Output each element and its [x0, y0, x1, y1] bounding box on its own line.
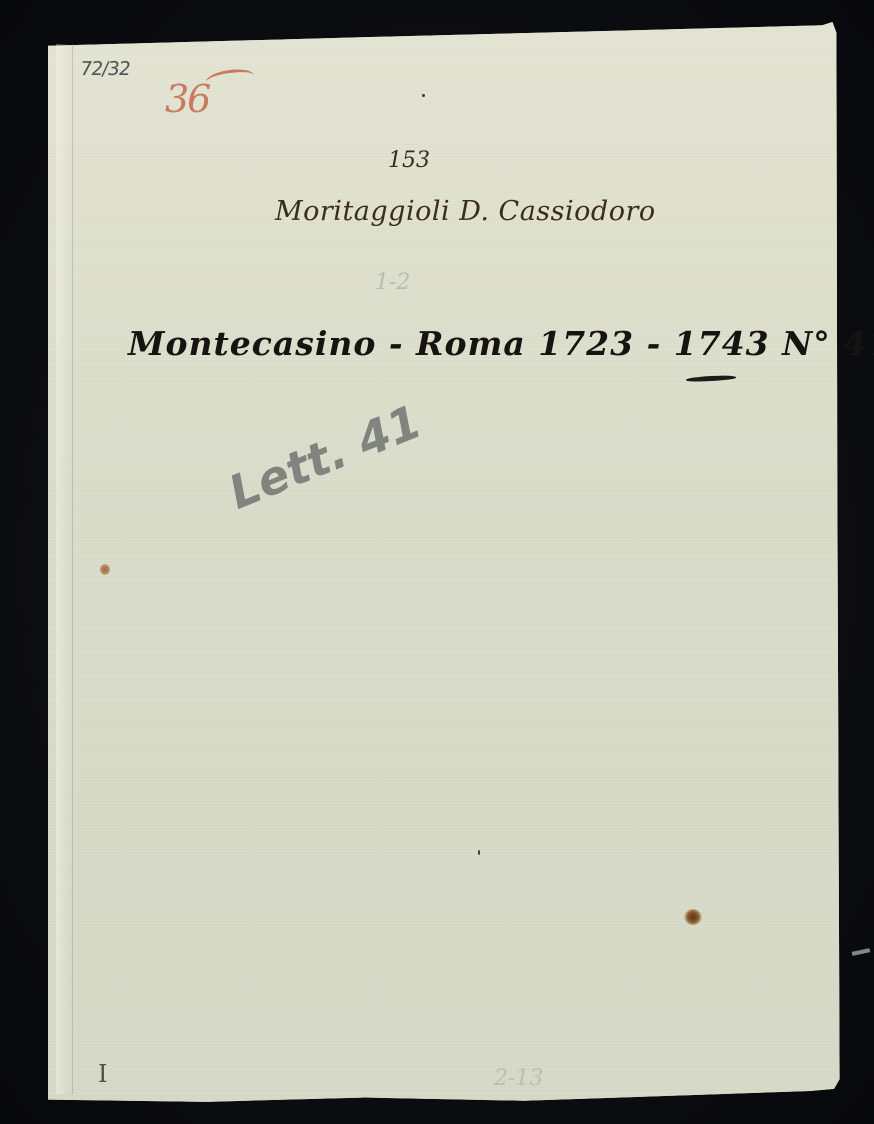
red-folio-number: 36	[165, 80, 209, 118]
folder-title: Montecasino - Roma 1723 - 1743 N° 41.	[128, 327, 874, 360]
faint-erased-mark: 1-2	[375, 272, 410, 294]
correspondent-name: Moritaggioli D. Cassiodoro	[275, 198, 656, 225]
shelfmark-annotation: 72/32	[79, 60, 131, 79]
sheet-fold-line	[72, 44, 73, 1094]
rust-stain	[684, 909, 702, 925]
document-sheet	[48, 22, 842, 1104]
ink-speck	[478, 850, 480, 855]
roman-numeral-mark: I	[98, 1062, 107, 1086]
ink-speck	[422, 94, 425, 97]
catalog-number: 153	[388, 150, 430, 172]
faint-bottom-mark: 2-13	[494, 1068, 543, 1090]
small-brown-stain	[100, 564, 110, 575]
sheet-fold-highlight	[56, 44, 70, 1094]
